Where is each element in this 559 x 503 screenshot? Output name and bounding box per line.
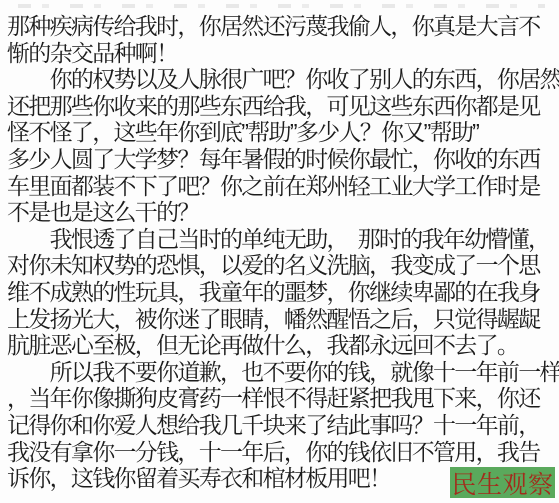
text-line: 我没有拿你一分钱，十一年后，你的钱依旧不管用，我告 — [7, 439, 559, 466]
text-line: 你的权势以及人脉很广吧？你收了别人的东西，你居然 — [7, 66, 559, 93]
text-line: 不是也是这么干的？ — [7, 199, 559, 226]
text-line: 所以我不要你道歉，也不要你的钱，就像十一年前一样 — [7, 359, 559, 386]
text-line: 惭的杂交品种啊！ — [7, 40, 559, 67]
text-line: 车里面都装不下了吧？你之前在郑州轻工业大学工作时是 — [7, 173, 559, 200]
text-line: 上发扬光大，被你迷了眼睛，幡然醒悟之后，只觉得龌龊 — [7, 306, 559, 333]
text-line: 那种疾病传给我时，你居然还污蔑我偷人，你真是大言不 — [7, 13, 559, 40]
document-page: 那种疾病传给我时，你居然还污蔑我偷人，你真是大言不 惭的杂交品种啊！ 你的权势以… — [0, 0, 559, 503]
text-line: 还把那些你收来的那些东西给我，可见这些东西你都是见 — [7, 93, 559, 120]
watermark-badge: 民生观察 — [450, 467, 555, 498]
text-line: ，当年你像撕狗皮膏药一样恨不得赶紧把我甩下来，你还 — [7, 385, 559, 412]
text-line: 多少人圆了大学梦？每年暑假的时候你最忙，你收的东西 — [7, 146, 559, 173]
letter-text-block: 那种疾病传给我时，你居然还污蔑我偷人，你真是大言不 惭的杂交品种啊！ 你的权势以… — [0, 13, 559, 492]
text-line: 对你未知权势的恐惧，以爱的名义洗脑，我变成了一个思 — [7, 252, 559, 279]
text-line: 记得你和你爱人想给我几千块来了结此事吗？十一年前， — [7, 412, 559, 439]
cropped-line-remnant — [18, 4, 545, 8]
text-line: 怪不怪了，这些年你到底”帮助”多少人？你又”帮助” — [7, 119, 559, 146]
text-line: 我恨透了自己当时的单纯无助， 那时的我年幼懵懂， — [7, 226, 559, 253]
text-line: 维不成熟的性玩具，我童年的噩梦，你继续卑鄙的在我身 — [7, 279, 559, 306]
text-line: 肮脏恶心至极，但无论再做什么，我都永远回不去了。 — [7, 332, 559, 359]
